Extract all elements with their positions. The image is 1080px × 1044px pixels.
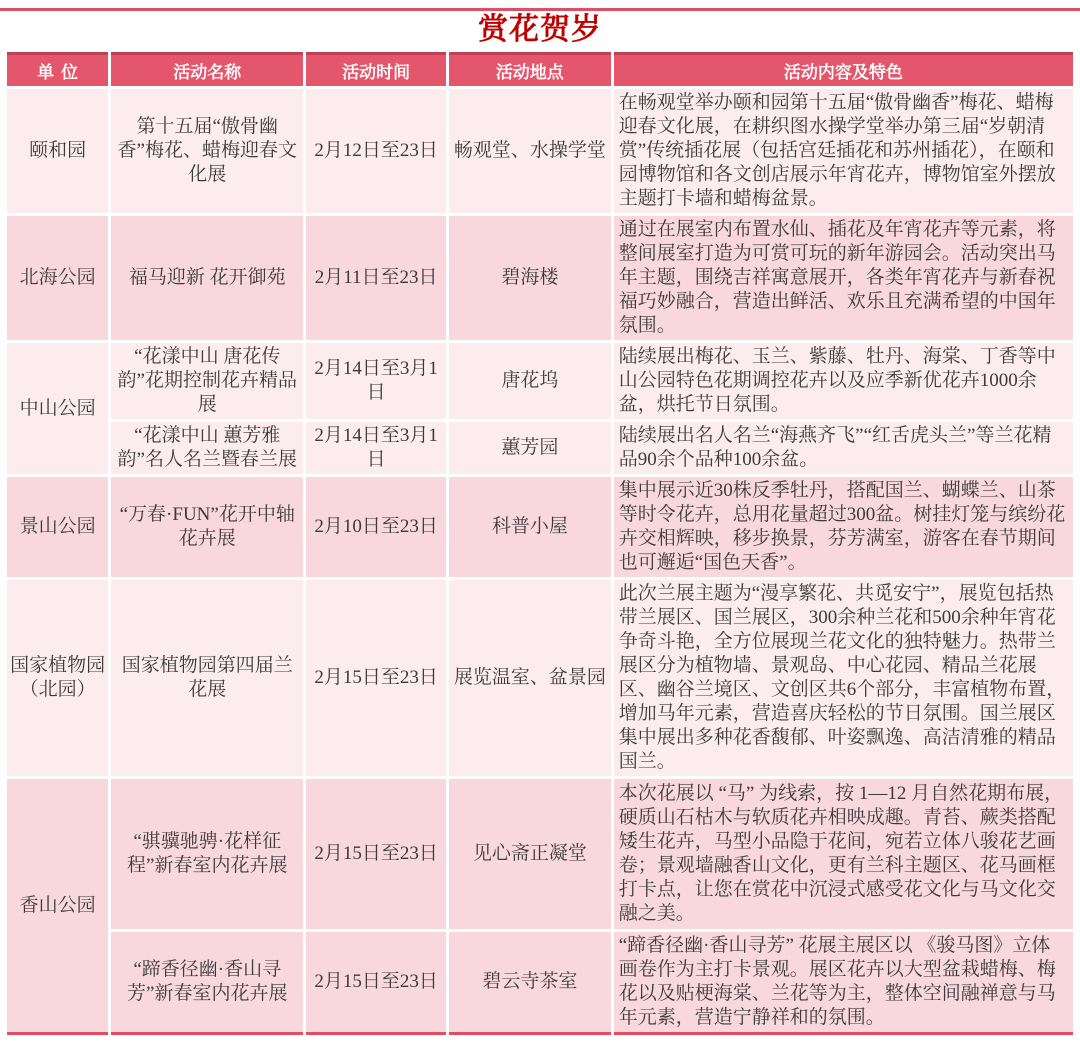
table-row: 香山公园 “骐骥驰骋·花样征程”新春室内花卉展 2月15日至23日 见心斋正凝堂… [7,779,1073,929]
unit-cell: 北海公园 [7,216,108,340]
table-header-row: 单位 活动名称 活动时间 活动地点 活动内容及特色 [7,52,1073,86]
activity-name-cell: 国家植物园第四届兰花展 [111,580,303,776]
activity-content-cell: 本次花展以 “马” 为线索，按 1—12 月自然花期布展，硬质山石枯木与软质花卉… [614,779,1073,929]
activity-name-cell: 福马迎新 花开御苑 [111,216,303,340]
header-activity-content: 活动内容及特色 [614,52,1073,86]
table-row: 国家植物园（北园） 国家植物园第四届兰花展 2月15日至23日 展览温室、盆景园… [7,580,1073,776]
activity-content-cell: 在畅观堂举办颐和园第十五届“傲骨幽香”梅花、蜡梅迎春文化展，在耕织图水操学堂举办… [614,89,1073,213]
activity-place-cell: 碧海楼 [449,216,611,340]
activity-place-cell: 唐花坞 [449,343,611,419]
activity-name-cell: 第十五届“傲骨幽香”梅花、蜡梅迎春文化展 [111,89,303,213]
unit-cell: 香山公园 [7,779,108,1035]
activity-name-cell: “花漾中山 蕙芳雅韵”名人名兰暨春兰展 [111,422,303,474]
header-unit: 单位 [7,52,108,86]
activity-time-cell: 2月14日至3月1日 [306,343,446,419]
unit-cell: 景山公园 [7,477,108,577]
activity-name-cell: “花漾中山 唐花传韵”花期控制花卉精品展 [111,343,303,419]
activity-content-cell: 此次兰展主题为“漫享繁花、共觅安宁”，展览包括热带兰展区、国兰展区，300余种兰… [614,580,1073,776]
activity-time-cell: 2月14日至3月1日 [306,422,446,474]
flower-events-table: 单位 活动名称 活动时间 活动地点 活动内容及特色 颐和园 第十五届“傲骨幽香”… [4,49,1076,1038]
header-activity-time: 活动时间 [306,52,446,86]
activity-content-cell: “蹄香径幽·香山寻芳” 花展主展区以 《骏马图》立体画卷作为主打卡景观。展区花卉… [614,932,1073,1035]
activity-place-cell: 畅观堂、水操学堂 [449,89,611,213]
table-row: 颐和园 第十五届“傲骨幽香”梅花、蜡梅迎春文化展 2月12日至23日 畅观堂、水… [7,89,1073,213]
unit-cell: 颐和园 [7,89,108,213]
activity-place-cell: 展览温室、盆景园 [449,580,611,776]
activity-place-cell: 见心斋正凝堂 [449,779,611,929]
activity-name-cell: “万春·FUN”花开中轴花卉展 [111,477,303,577]
activity-time-cell: 2月15日至23日 [306,932,446,1035]
activity-place-cell: 碧云寺茶室 [449,932,611,1035]
page: 赏花贺岁 单位 活动名称 活动时间 活动地点 活动内容及特色 颐和园 第十五届“… [0,8,1080,1044]
page-title: 赏花贺岁 [0,12,1080,48]
activity-time-cell: 2月15日至23日 [306,580,446,776]
activity-place-cell: 蕙芳园 [449,422,611,474]
header-activity-name: 活动名称 [111,52,303,86]
table-row: “蹄香径幽·香山寻芳”新春室内花卉展 2月15日至23日 碧云寺茶室 “蹄香径幽… [7,932,1073,1035]
table-row: 中山公园 “花漾中山 唐花传韵”花期控制花卉精品展 2月14日至3月1日 唐花坞… [7,343,1073,419]
activity-content-cell: 集中展示近30株反季牡丹，搭配国兰、蝴蝶兰、山茶等时令花卉，总用花量超过300盆… [614,477,1073,577]
activity-time-cell: 2月12日至23日 [306,89,446,213]
activity-time-cell: 2月11日至23日 [306,216,446,340]
unit-cell: 国家植物园（北园） [7,580,108,776]
activity-place-cell: 科普小屋 [449,477,611,577]
activity-content-cell: 陆续展出名人名兰“海燕齐飞”“红舌虎头兰”等兰花精品90余个品种100余盆。 [614,422,1073,474]
header-activity-place: 活动地点 [449,52,611,86]
top-divider [0,8,1080,11]
activity-time-cell: 2月10日至23日 [306,477,446,577]
table-row: 北海公园 福马迎新 花开御苑 2月11日至23日 碧海楼 通过在展室内布置水仙、… [7,216,1073,340]
activity-content-cell: 通过在展室内布置水仙、插花及年宵花卉等元素，将整间展室打造为可赏可玩的新年游园会… [614,216,1073,340]
activity-name-cell: “蹄香径幽·香山寻芳”新春室内花卉展 [111,932,303,1035]
activity-content-cell: 陆续展出梅花、玉兰、紫藤、牡丹、海棠、丁香等中山公园特色花期调控花卉以及应季新优… [614,343,1073,419]
table-row: 景山公园 “万春·FUN”花开中轴花卉展 2月10日至23日 科普小屋 集中展示… [7,477,1073,577]
activity-time-cell: 2月15日至23日 [306,779,446,929]
activity-name-cell: “骐骥驰骋·花样征程”新春室内花卉展 [111,779,303,929]
table-row: “花漾中山 蕙芳雅韵”名人名兰暨春兰展 2月14日至3月1日 蕙芳园 陆续展出名… [7,422,1073,474]
unit-cell: 中山公园 [7,343,108,474]
